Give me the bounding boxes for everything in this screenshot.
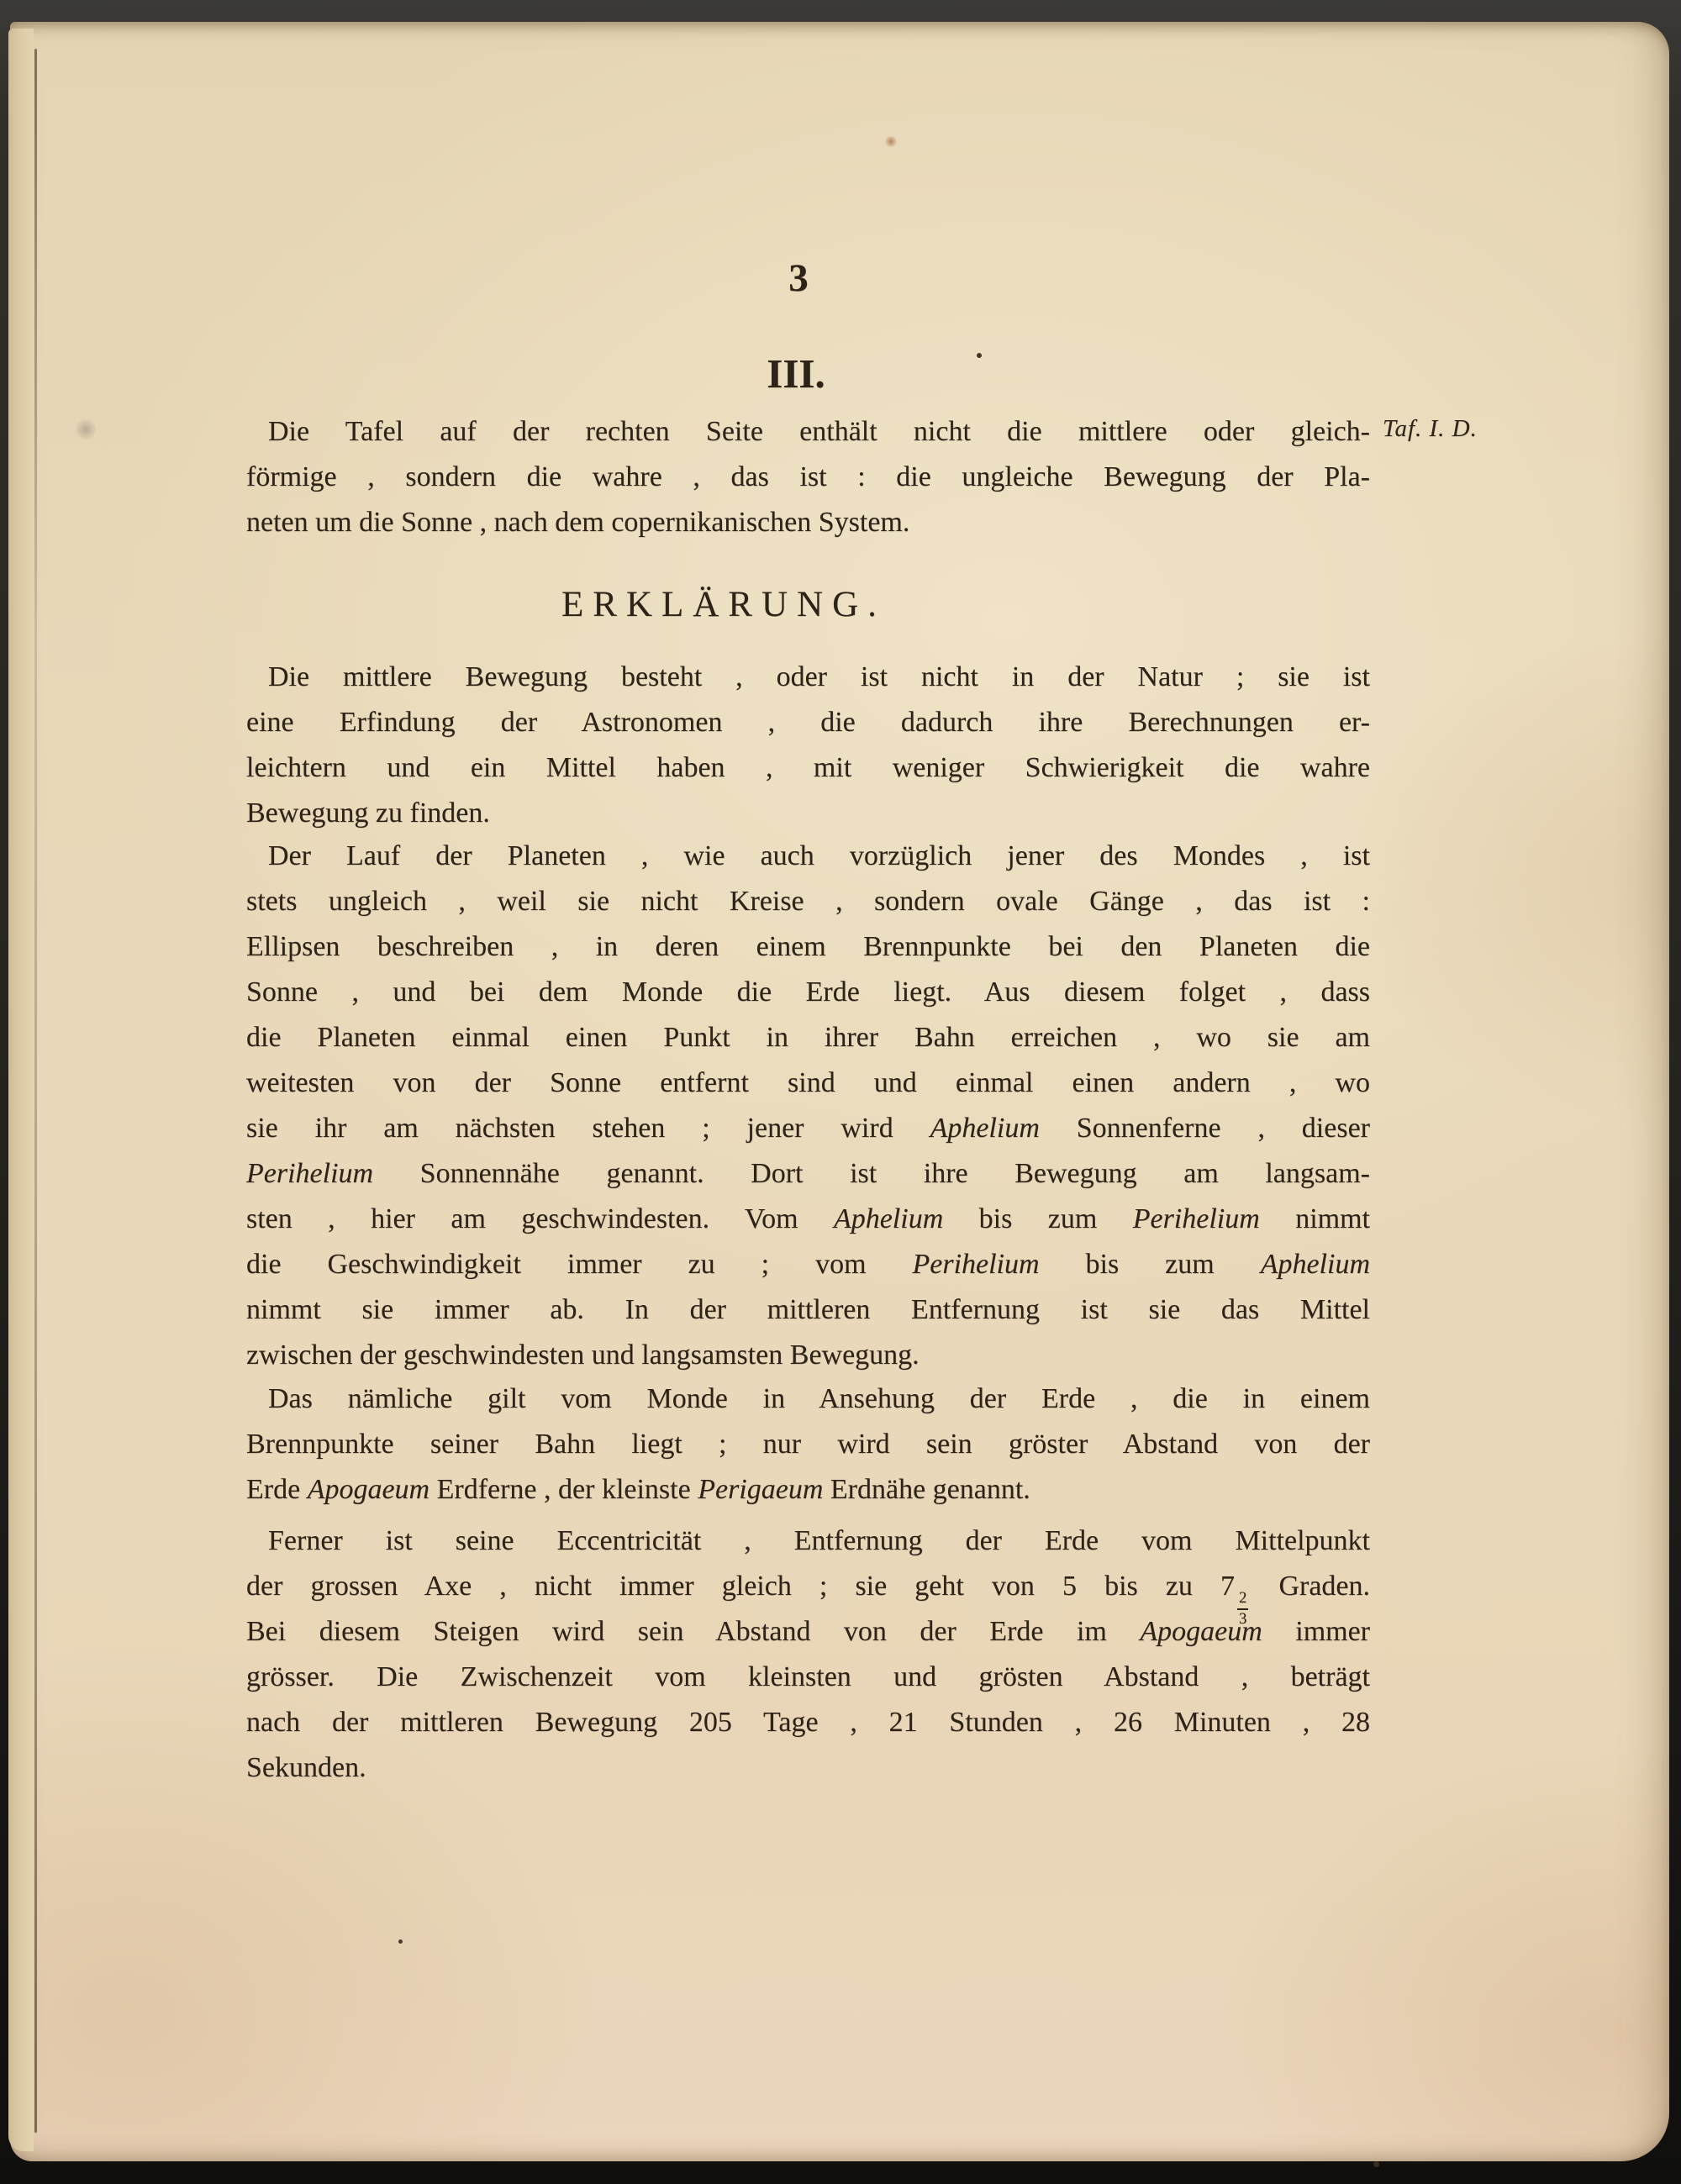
text-run: sie ihr am nächsten stehen ; jener wird — [246, 1113, 930, 1144]
text-run: Sonnennähe genannt. Dort ist ihre Bewegu… — [373, 1158, 1370, 1189]
text-run: Die Tafel auf der rechten Seite enthält … — [268, 416, 1370, 447]
text-line: sie ihr am nächsten stehen ; jener wird … — [246, 1106, 1370, 1151]
book-page: 3 III. Taf. I. D. ERKLÄRUNG. Die Tafel a… — [10, 22, 1669, 2161]
text-line: förmige , sondern die wahre , das ist : … — [246, 455, 1370, 500]
italic-term: Perihelium — [912, 1249, 1039, 1280]
text-line: nimmt sie immer ab. In der mittleren Ent… — [246, 1287, 1370, 1333]
text-line: neten um die Sonne , nach dem copernikan… — [246, 500, 1370, 545]
text-line: Brennpunkte seiner Bahn liegt ; nur wird… — [246, 1422, 1370, 1467]
text-run: Graden. — [1251, 1571, 1370, 1602]
text-run: förmige , sondern die wahre , das ist : … — [246, 461, 1370, 492]
italic-term: Aphelium — [834, 1203, 943, 1234]
ink-speck — [1373, 2161, 1379, 2167]
text-line: Sonne , und bei dem Monde die Erde liegt… — [246, 970, 1370, 1015]
text-run: Sekunden. — [246, 1752, 366, 1783]
text-line: Die mittlere Bewegung besteht , oder ist… — [246, 655, 1370, 700]
text-line: Die Tafel auf der rechten Seite enthält … — [246, 409, 1370, 455]
text-run: Der Lauf der Planeten , wie auch vorzügl… — [268, 840, 1370, 871]
text-run: nimmt sie immer ab. In der mittleren Ent… — [246, 1294, 1370, 1325]
text-block: 3 III. Taf. I. D. ERKLÄRUNG. Die Tafel a… — [246, 22, 1370, 2161]
text-line: sten , hier am geschwindesten. Vom Aphel… — [246, 1197, 1370, 1242]
text-run: sten , hier am geschwindesten. Vom — [246, 1203, 834, 1234]
text-run: die Planeten einmal einen Punkt in ihrer… — [246, 1022, 1370, 1053]
text-line: Der Lauf der Planeten , wie auch vorzügl… — [246, 834, 1370, 879]
text-line: Perihelium Sonnennähe genannt. Dort ist … — [246, 1151, 1370, 1197]
page-number: 3 — [788, 257, 809, 301]
text-run: eine Erfindung der Astronomen , die dadu… — [246, 707, 1370, 738]
smudge-mark — [76, 417, 96, 442]
text-run: grösser. Die Zwischenzeit vom kleinsten … — [246, 1661, 1370, 1692]
text-run: Sonne , und bei dem Monde die Erde liegt… — [246, 976, 1370, 1008]
text-run: Die mittlere Bewegung besteht , oder ist… — [268, 661, 1370, 692]
text-run: weitesten von der Sonne entfernt sind un… — [246, 1067, 1370, 1098]
text-run: Erdnähe genannt. — [823, 1474, 1030, 1505]
text-run: immer — [1262, 1616, 1370, 1647]
text-run: die Geschwindigkeit immer zu ; vom — [246, 1249, 912, 1280]
text-line: Erde Apogaeum Erdferne , der kleinste Pe… — [246, 1467, 1370, 1513]
paragraph-eccentricity: Ferner ist seine Eccentricität , Entfern… — [246, 1518, 1370, 1791]
section-heading: III. — [767, 351, 825, 397]
text-run: Bei diesem Steigen wird sein Abstand von… — [246, 1616, 1140, 1647]
text-run: der grossen Axe , nicht immer gleich ; s… — [246, 1571, 1235, 1602]
text-line: eine Erfindung der Astronomen , die dadu… — [246, 700, 1370, 745]
paragraph-mean-motion: Die mittlere Bewegung besteht , oder ist… — [246, 655, 1370, 836]
text-line: grösser. Die Zwischenzeit vom kleinsten … — [246, 1655, 1370, 1700]
text-run: Erde — [246, 1474, 308, 1505]
text-run: bis zum — [943, 1203, 1132, 1234]
text-line: zwischen der geschwindesten und langsams… — [246, 1333, 1370, 1378]
text-run: Brennpunkte seiner Bahn liegt ; nur wird… — [246, 1429, 1370, 1460]
scan-background: 3 III. Taf. I. D. ERKLÄRUNG. Die Tafel a… — [0, 0, 1681, 2184]
text-line: der grossen Axe , nicht immer gleich ; s… — [246, 1564, 1370, 1609]
text-run: Ferner ist seine Eccentricität , Entfern… — [268, 1525, 1370, 1556]
text-line: Ferner ist seine Eccentricität , Entfern… — [246, 1518, 1370, 1564]
paragraph-intro: Die Tafel auf der rechten Seite enthält … — [246, 409, 1370, 545]
italic-term: Perihelium — [246, 1158, 373, 1189]
italic-term: Perihelium — [1133, 1203, 1260, 1234]
text-run: bis zum — [1040, 1249, 1261, 1280]
paragraph-planet-paths: Der Lauf der Planeten , wie auch vorzügl… — [246, 834, 1370, 1378]
text-line: Das nämliche gilt vom Monde in Ansehung … — [246, 1376, 1370, 1422]
italic-term: Apogaeum — [308, 1474, 429, 1505]
explanation-heading: ERKLÄRUNG. — [561, 583, 886, 627]
text-run: Sonnenferne , dieser — [1040, 1113, 1370, 1144]
text-run: Ellipsen beschreiben , in deren einem Br… — [246, 931, 1370, 962]
text-line: weitesten von der Sonne entfernt sind un… — [246, 1060, 1370, 1106]
text-run: nach der mittleren Bewegung 205 Tage , 2… — [246, 1707, 1370, 1738]
text-line: die Planeten einmal einen Punkt in ihrer… — [246, 1015, 1370, 1060]
text-run: neten um die Sonne , nach dem copernikan… — [246, 507, 909, 538]
page-edge-crack — [34, 49, 37, 2133]
text-line: Bei diesem Steigen wird sein Abstand von… — [246, 1609, 1370, 1655]
text-line: die Geschwindigkeit immer zu ; vom Perih… — [246, 1242, 1370, 1287]
text-run: Erdferne , der kleinste — [429, 1474, 698, 1505]
italic-term: Apogaeum — [1140, 1616, 1262, 1647]
text-line: leichtern und ein Mittel haben , mit wen… — [246, 745, 1370, 791]
text-line: Sekunden. — [246, 1745, 1370, 1791]
italic-term: Aphelium — [930, 1113, 1040, 1144]
margin-note: Taf. I. D. — [1383, 413, 1478, 444]
text-run: Bewegung zu finden. — [246, 797, 490, 829]
torn-page-edge — [8, 29, 34, 2151]
italic-term: Aphelium — [1261, 1249, 1370, 1280]
text-line: Bewegung zu finden. — [246, 791, 1370, 836]
text-run: Das nämliche gilt vom Monde in Ansehung … — [268, 1383, 1370, 1414]
italic-term: Perigaeum — [698, 1474, 823, 1505]
text-run: zwischen der geschwindesten und langsams… — [246, 1339, 920, 1371]
text-run: leichtern und ein Mittel haben , mit wen… — [246, 752, 1370, 783]
text-line: stets ungleich , weil sie nicht Kreise ,… — [246, 879, 1370, 924]
paragraph-moon: Das nämliche gilt vom Monde in Ansehung … — [246, 1376, 1370, 1513]
text-line: Ellipsen beschreiben , in deren einem Br… — [246, 924, 1370, 970]
text-run: nimmt — [1260, 1203, 1370, 1234]
text-line: nach der mittleren Bewegung 205 Tage , 2… — [246, 1700, 1370, 1745]
text-run: stets ungleich , weil sie nicht Kreise ,… — [246, 886, 1370, 917]
